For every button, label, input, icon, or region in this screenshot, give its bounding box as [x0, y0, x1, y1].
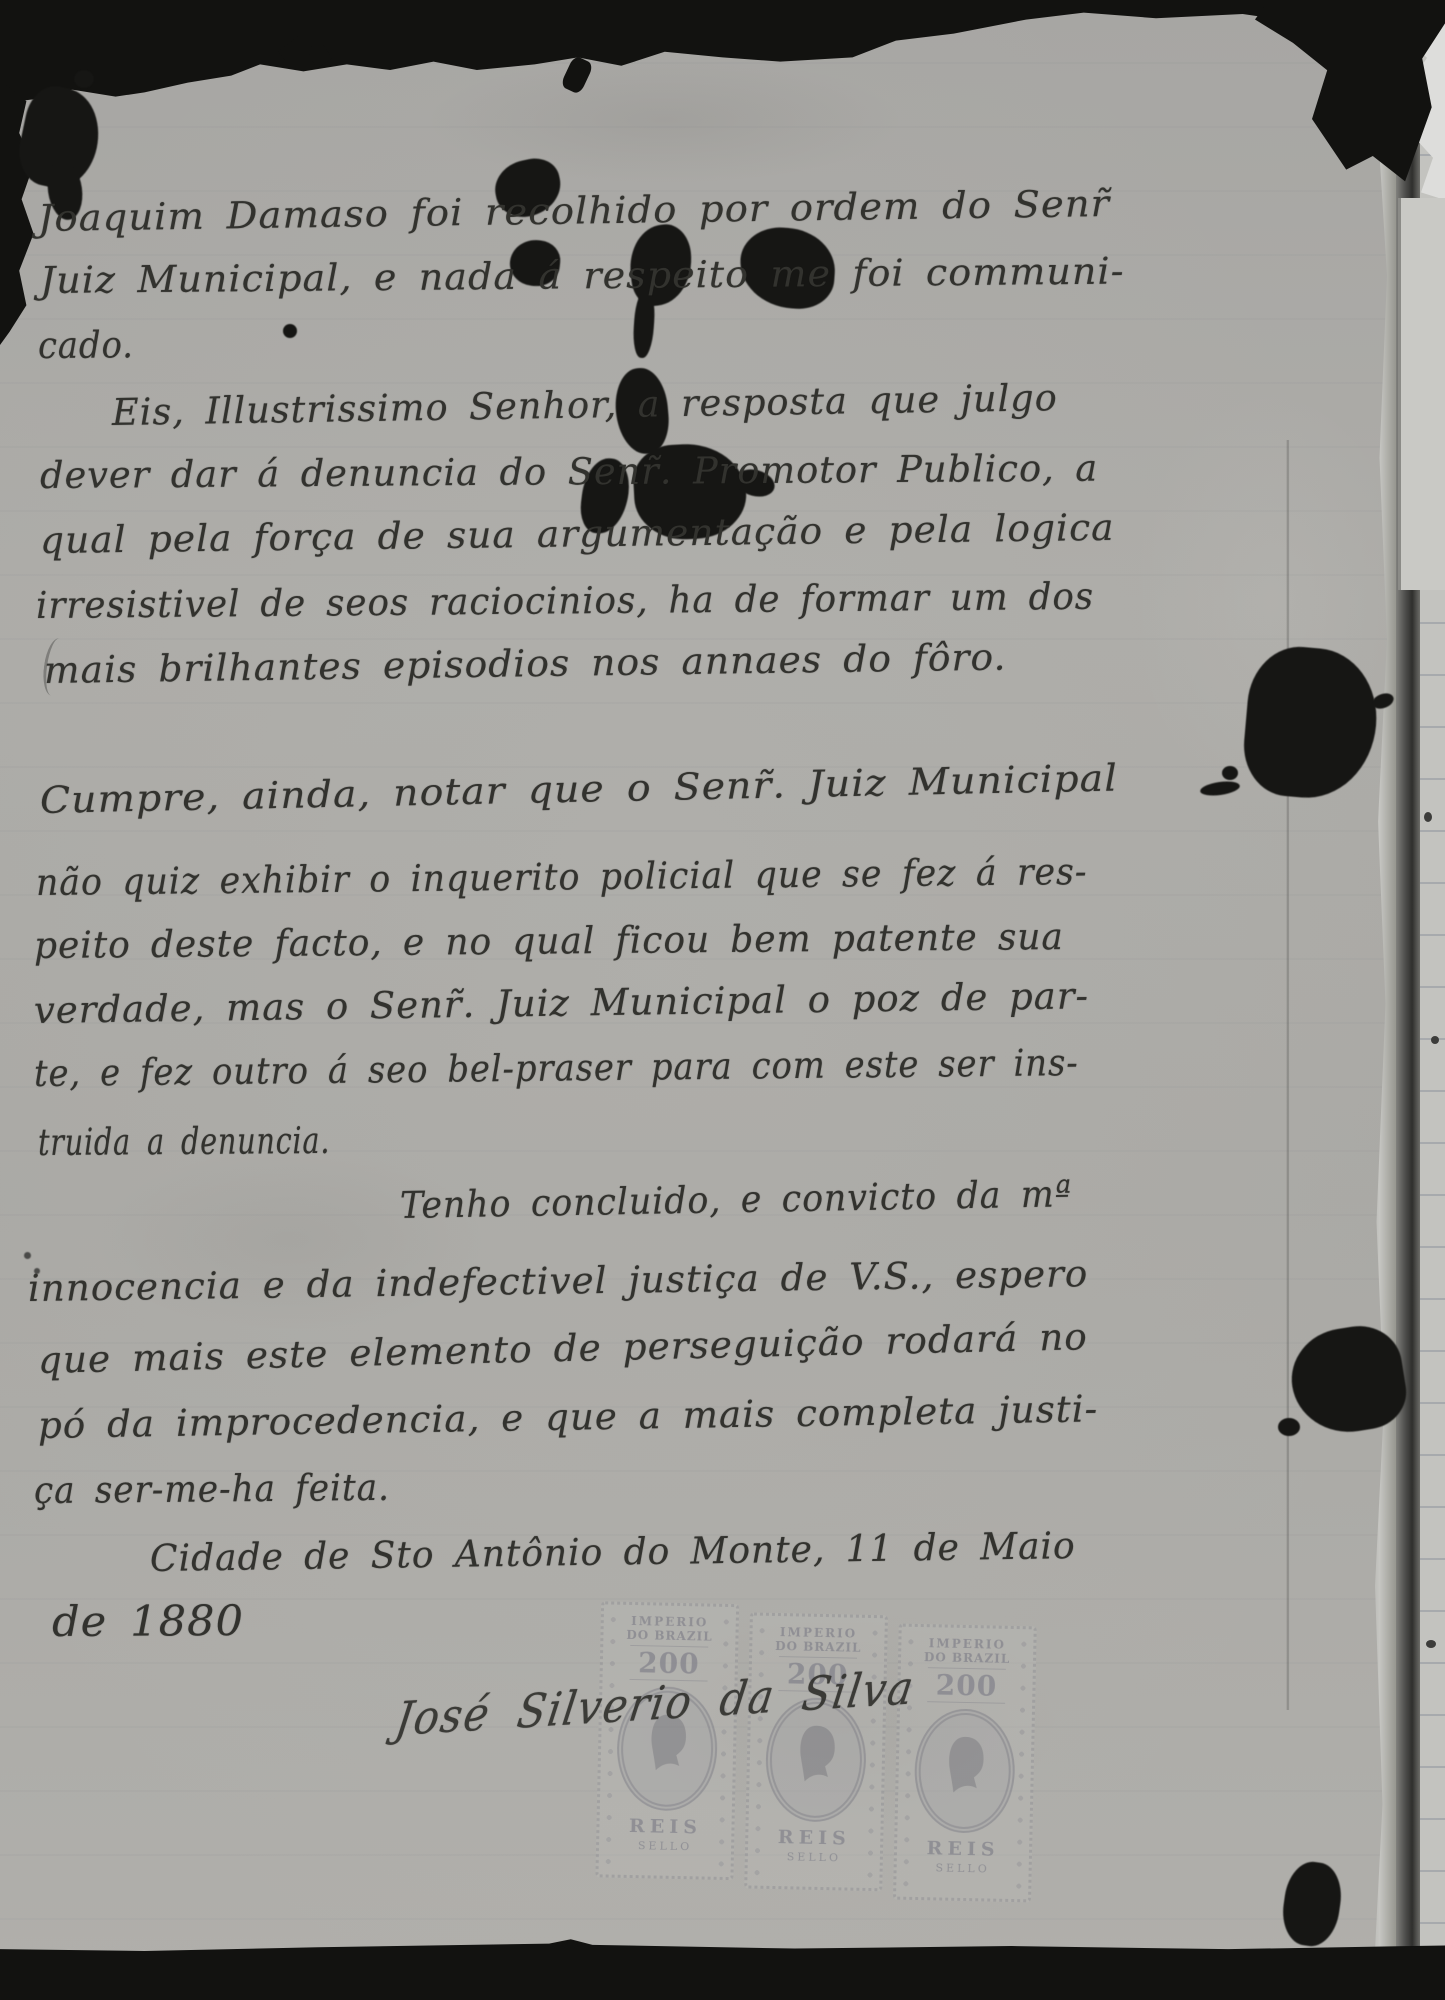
page-speck: [1426, 1640, 1436, 1648]
ink-blot: [74, 70, 94, 88]
stamp-country-label: DO BRAZIL: [924, 1650, 1011, 1666]
stamp-country-label: DO BRAZIL: [626, 1628, 713, 1644]
manuscript-line-year: de 1880: [52, 1597, 244, 1646]
ink-blot: [283, 324, 297, 338]
stamp-sello-label: SELLO: [935, 1861, 989, 1875]
revenue-stamp-row: IMPERIO DO BRAZIL 200 REIS SELLO IMPERIO…: [595, 1601, 1051, 1910]
stamp-currency-label: REIS: [629, 1815, 702, 1839]
stamp-portrait-oval: [913, 1708, 1016, 1834]
stamp-sello-label: SELLO: [787, 1850, 841, 1864]
revenue-stamp: IMPERIO DO BRAZIL 200 REIS SELLO: [744, 1612, 888, 1891]
ink-speck: [24, 1252, 31, 1259]
page-speck: [1424, 812, 1432, 822]
stamp-currency-label: REIS: [778, 1826, 851, 1850]
manuscript-line: peito deste facto, e no qual ficou bem p…: [34, 916, 1064, 968]
torn-paper-fragment: [1398, 198, 1445, 590]
scanned-document: Joaquim Damaso foi recolhido por ordem d…: [0, 0, 1445, 2000]
stamp-currency-label: REIS: [926, 1837, 999, 1861]
manuscript-line: cado.: [38, 324, 134, 367]
stamp-country-label: DO BRAZIL: [775, 1639, 862, 1655]
manuscript-line: dever dar á denuncia do Senr̃. Promotor …: [40, 448, 1099, 498]
stamp-sello-label: SELLO: [638, 1839, 692, 1853]
stamp-value: 200: [927, 1667, 1005, 1704]
page-speck: [1431, 1036, 1439, 1044]
manuscript-line: ça ser-me-ha feita.: [34, 1467, 390, 1513]
manuscript-line: truida a denuncia.: [38, 1120, 330, 1165]
emperor-portrait-icon: [784, 1717, 848, 1802]
ink-blot: [1222, 766, 1238, 780]
emperor-portrait-icon: [933, 1728, 997, 1813]
revenue-stamp: IMPERIO DO BRAZIL 200 REIS SELLO: [595, 1601, 739, 1880]
ink-blot: [1278, 1418, 1300, 1436]
fold-crease: [1286, 440, 1290, 1710]
